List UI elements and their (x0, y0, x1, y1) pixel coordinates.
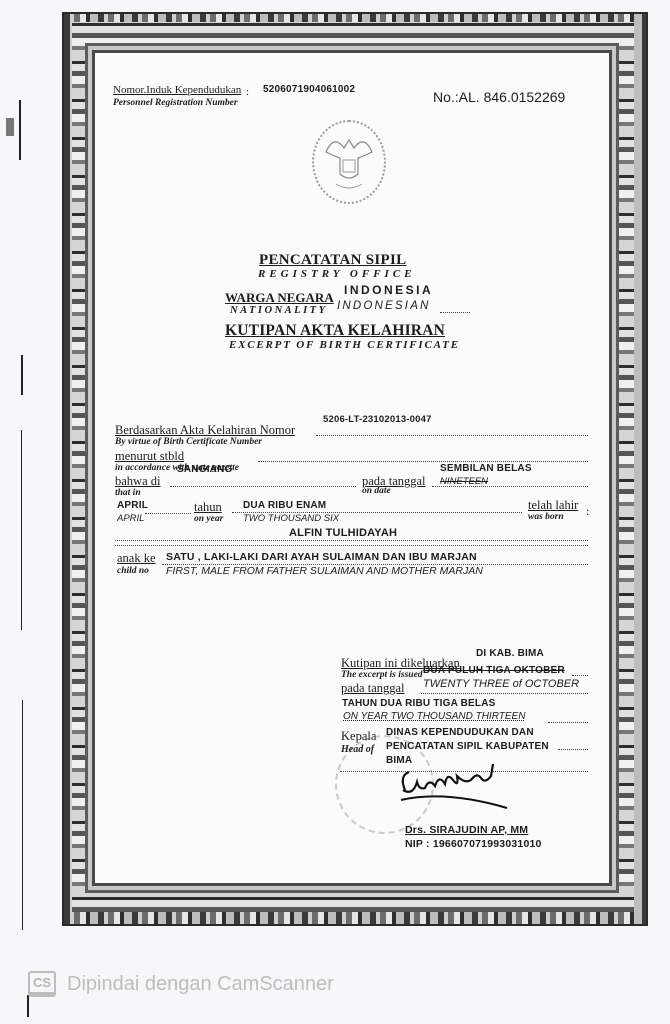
nik-label: Nomor.Induk Kependudukan (113, 84, 241, 96)
camscanner-watermark: Dipindai dengan CamScanner (67, 973, 334, 996)
birth-date-label-en: on date (362, 486, 391, 496)
nationality-label-en: NATIONALITY (230, 305, 328, 316)
child-top-dotted-line (115, 545, 588, 546)
garuda-emblem-icon (312, 120, 386, 204)
issued-date-top-dotted-line (572, 675, 588, 676)
nik-label-en: Personnel Registration Number (113, 98, 238, 108)
head-label-en: Head of (341, 744, 374, 755)
issued-date-value-en: TWENTY THREE of OCTOBER (423, 678, 579, 690)
stbld-dotted-line (258, 461, 588, 462)
child-no-value-en: FIRST, MALE FROM FATHER SULAIMAN AND MOT… (166, 565, 483, 577)
birth-month-dotted-line (145, 513, 191, 514)
cert-number-dotted-line (316, 435, 588, 436)
birth-year-value-en: TWO THOUSAND SIX (243, 513, 339, 524)
child-name-value: ALFIN TULHIDAYAH (289, 527, 397, 539)
nik-value: 5206071904061002 (263, 84, 355, 95)
scan-edge-mark (27, 995, 29, 1017)
birth-month-value: APRIL (117, 500, 148, 511)
child-no-label: anak ke (117, 551, 156, 566)
child-no-value: SATU , LAKI-LAKI DARI AYAH SULAIMAN DAN … (166, 551, 477, 563)
cert-number-label-en: By virtue of Birth Certificate Number (115, 437, 262, 447)
birth-place-value: SANGIANG (177, 464, 233, 475)
born-colon: : (586, 504, 589, 519)
birth-place-label: bahwa di (115, 474, 160, 489)
scan-edge-mark (6, 118, 14, 136)
issued-date-value: DUA PULUH TIGA OKTOBER (423, 665, 565, 676)
cert-number-value: 5206-LT-23102013-0047 (323, 414, 432, 425)
head-office-line1: DINAS KEPENDUDUKAN DAN (386, 727, 534, 738)
scan-edge-mark (21, 355, 23, 395)
nationality-dotted-line (440, 312, 470, 313)
birth-place-dotted-line (170, 486, 356, 487)
issued-place-value: DI KAB. BIMA (476, 648, 544, 659)
issued-year-dotted-line (548, 722, 588, 723)
cert-number-label: Berdasarkan Akta Kelahiran Nomor (115, 423, 295, 438)
stbld-label: menurut stbld (115, 449, 184, 464)
birth-date-value: SEMBILAN BELAS (440, 463, 532, 474)
head-label: Kepala (341, 729, 376, 744)
birth-date-dotted-line (432, 486, 588, 487)
child-no-label-en: child no (117, 566, 149, 576)
name-dotted-line (115, 540, 588, 541)
scan-edge-mark (22, 700, 23, 930)
birth-month-value-en: APRIL (117, 513, 144, 524)
issued-label-en: The excerpt is issued (341, 670, 423, 680)
document-title: KUTIPAN AKTA KELAHIRAN (225, 322, 445, 340)
head-office-dotted-line (558, 749, 588, 750)
serial-number: No.:AL. 846.0152269 (433, 89, 565, 105)
office-title: PENCATATAN SIPIL (259, 252, 406, 269)
scan-edge-mark (21, 430, 22, 630)
birth-year-label: tahun (194, 500, 222, 515)
nationality-value: INDONESIA (344, 283, 433, 297)
issued-year-value: TAHUN DUA RIBU TIGA BELAS (342, 698, 496, 709)
birth-year-label-en: on year (194, 514, 223, 524)
office-title-en: REGISTRY OFFICE (258, 268, 416, 280)
issued-date-dotted-line (421, 693, 588, 694)
signatory-nip: NIP : 196607071993031010 (405, 838, 542, 850)
issued-year-value-en: ON YEAR TWO THOUSAND THIRTEEN (343, 711, 525, 722)
garuda-emblem-drawing (314, 122, 384, 202)
head-office-line2: PENCATATAN SIPIL KABUPATEN (386, 741, 549, 752)
scan-edge-mark (19, 100, 21, 160)
birth-year-dotted-line (232, 512, 522, 513)
issued-date-label: pada tanggal (341, 681, 405, 696)
document-title-en: EXCERPT OF BIRTH CERTIFICATE (229, 339, 460, 351)
signature-mark (395, 760, 515, 815)
nationality-value-en: INDONESIAN (337, 300, 431, 312)
camscanner-logo-icon: CS (28, 971, 56, 997)
birth-place-label-en: that in (115, 488, 141, 498)
signatory-name: Drs. SIRAJUDIN AP, MM (405, 824, 528, 836)
born-label-en: was born (528, 512, 564, 522)
nationality-label: WARGA NEGARA (225, 290, 334, 306)
born-label: telah lahir (528, 498, 578, 513)
birth-year-value: DUA RIBU ENAM (243, 500, 326, 511)
nik-colon: : (246, 86, 249, 98)
